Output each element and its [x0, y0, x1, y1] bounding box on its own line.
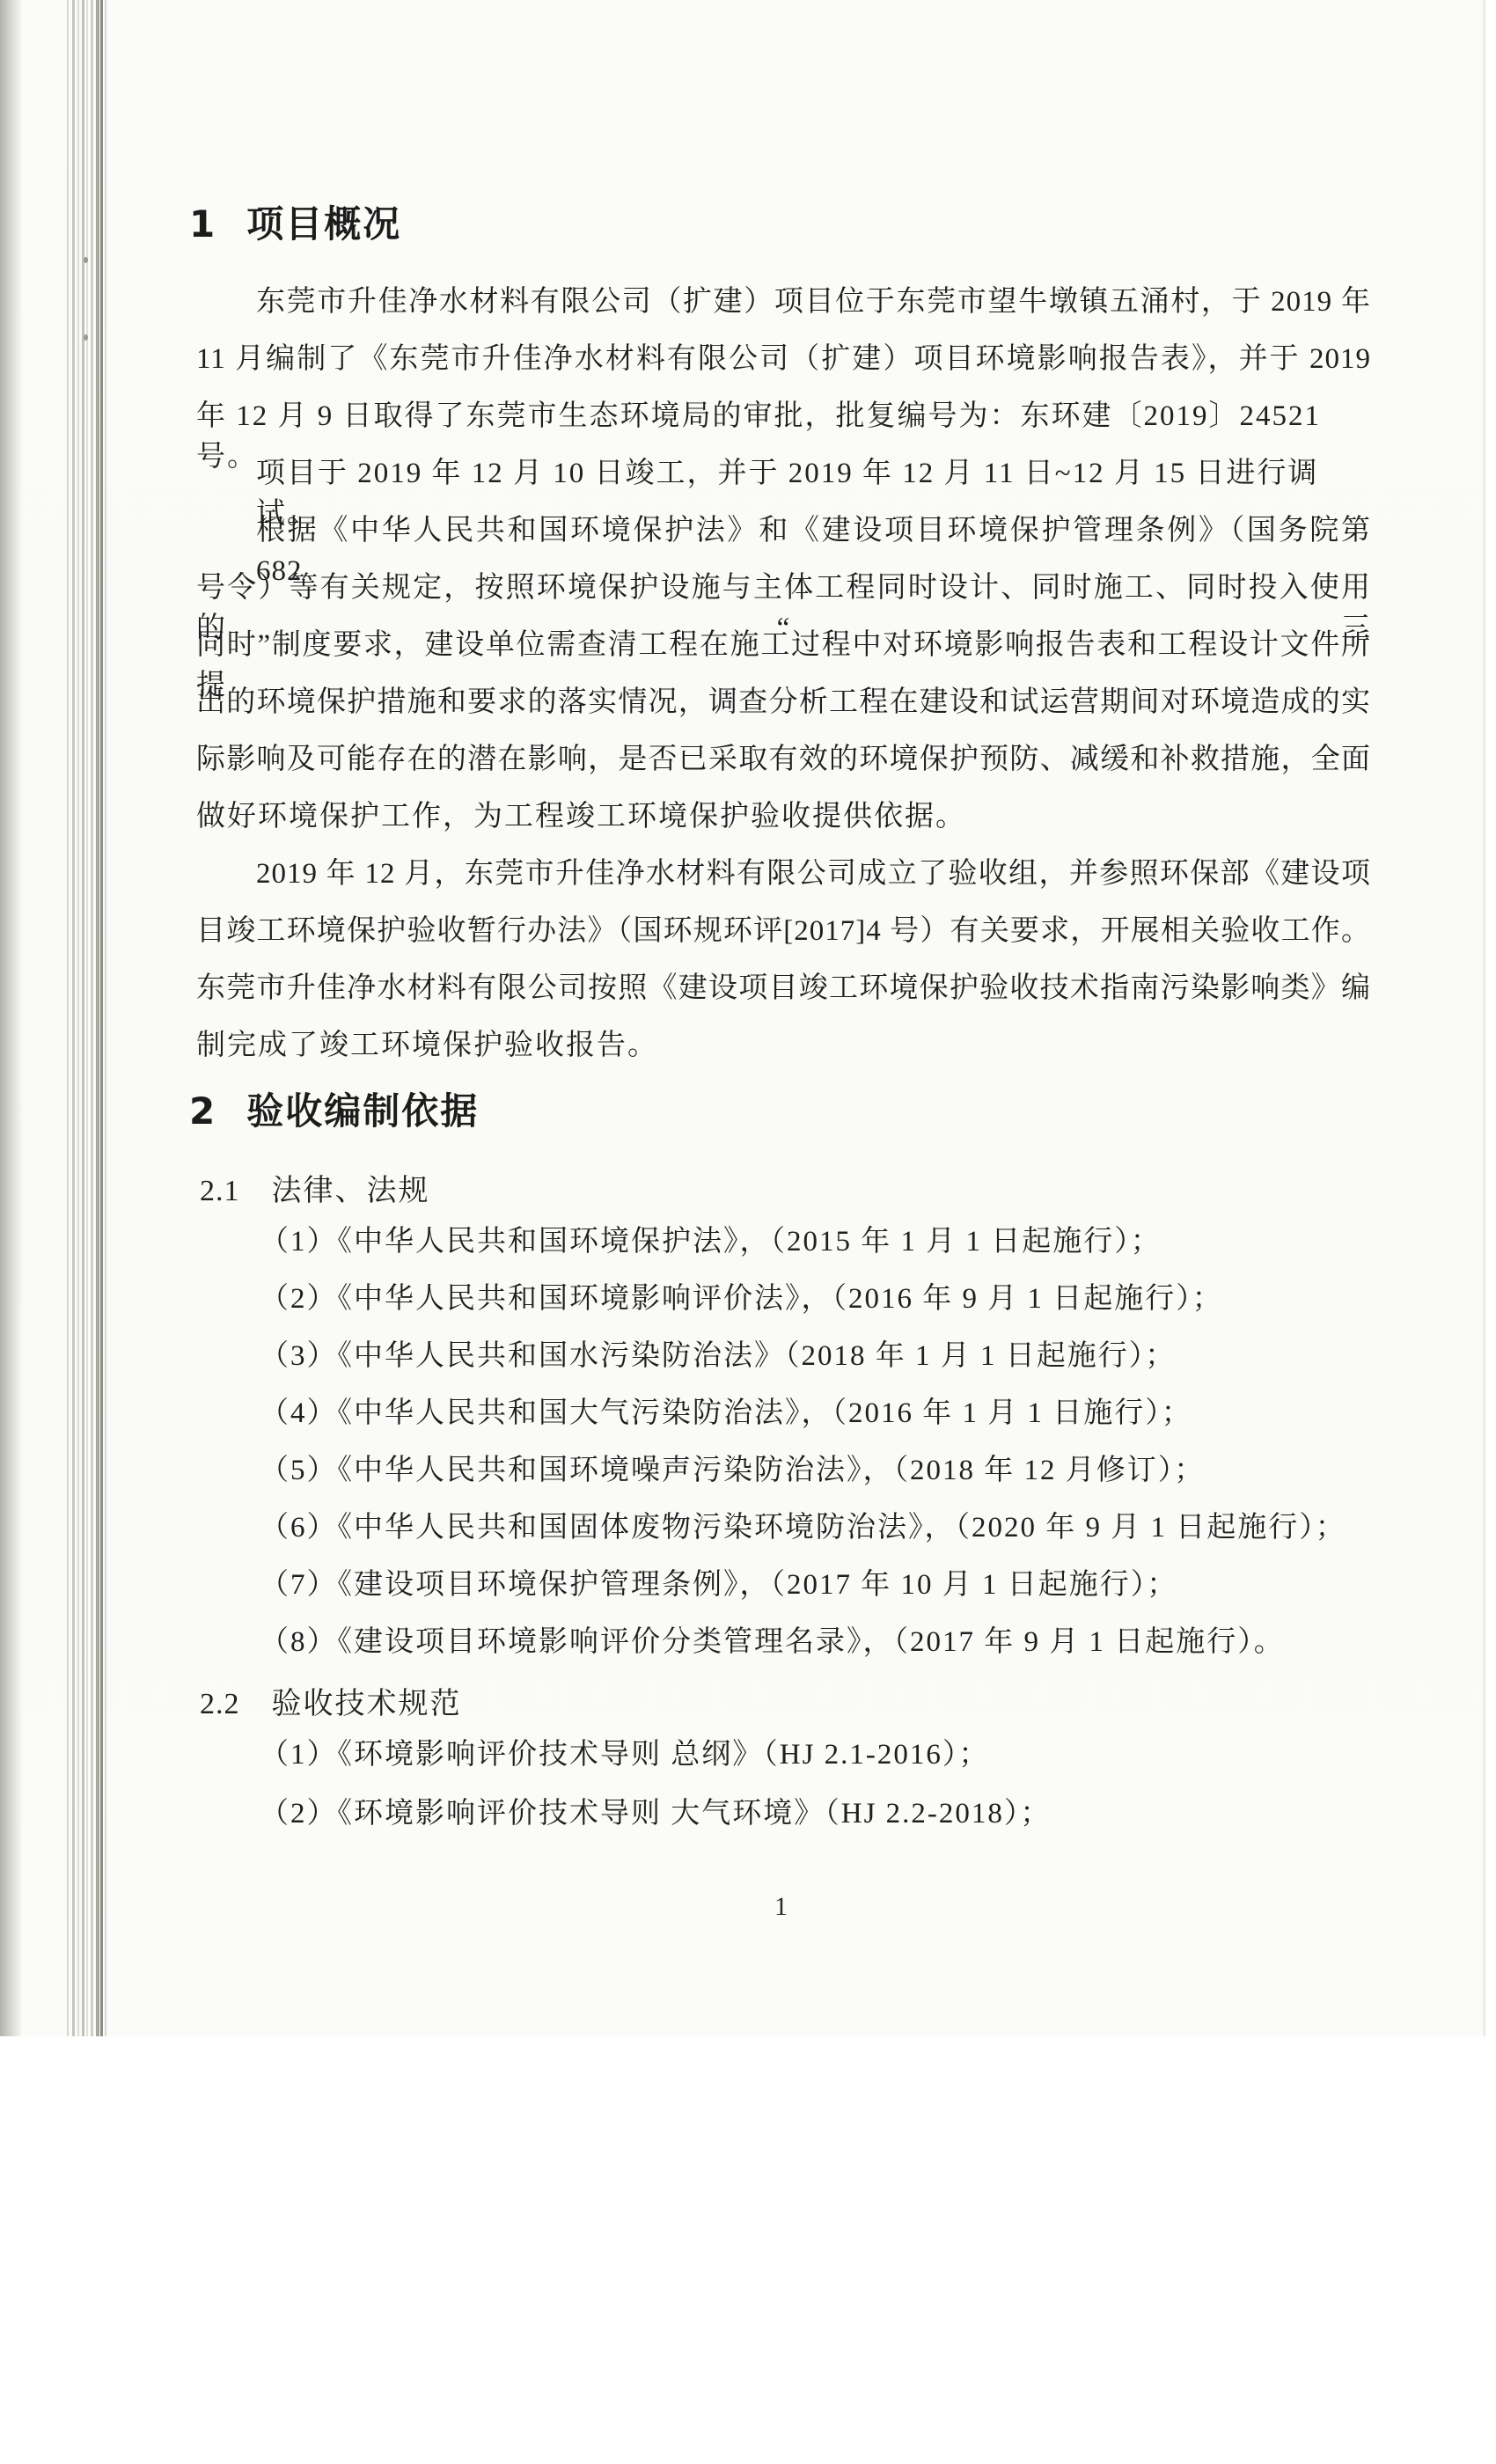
law-item-7: （7）《建设项目环境保护管理条例》，（2017 年 10 月 1 日起施行）； — [189, 1565, 1373, 1605]
paragraph-1-line-2: 11 月编制了《东莞市升佳净水材料有限公司（扩建）项目环境影响报告表》，并于 2… — [189, 339, 1373, 379]
binding-line — [67, 0, 69, 2036]
subsection-2-2-number: 2.2 — [200, 1688, 240, 1720]
binding-line — [86, 0, 88, 2036]
paragraph-4-line-4: 制完成了竣工环境保护验收报告。 — [189, 1025, 1373, 1066]
subsection-2-1-title: 法律、法规 — [272, 1175, 430, 1207]
paragraph-3-line-4: 出的环境保护措施和要求的落实情况，调查分析工程在建设和试运营期间对环境造成的实 — [189, 682, 1373, 722]
scan-speck — [84, 334, 88, 341]
section-2-number: 2 — [189, 1089, 216, 1133]
binding-line — [77, 0, 79, 2036]
document-content: 1项目概况 东莞市升佳净水材料有限公司（扩建）项目位于东莞市望牛墩镇五涌村，于 … — [189, 0, 1373, 2036]
subsection-2-1-number: 2.1 — [200, 1175, 240, 1207]
binding-line — [91, 0, 93, 2036]
page-number: 1 — [189, 1892, 1373, 1922]
subsection-2-1-heading: 2.1法律、法规 — [200, 1166, 430, 1209]
law-item-3: （3）《中华人民共和国水污染防治法》（2018 年 1 月 1 日起施行）； — [189, 1336, 1373, 1376]
paper-right-edge — [1482, 0, 1485, 2036]
binding-line — [100, 0, 103, 2036]
paragraph-3-line-6: 做好环境保护工作，为工程竣工环境保护验收提供依据。 — [189, 796, 1373, 837]
law-item-4: （4）《中华人民共和国大气污染防治法》，（2016 年 1 月 1 日施行）； — [189, 1393, 1373, 1434]
section-2-title: 验收编制依据 — [246, 1089, 479, 1133]
paragraph-4-line-1: 2019 年 12 月，东莞市升佳净水材料有限公司成立了验收组，并参照环保部《建… — [189, 854, 1373, 894]
binding-line — [96, 0, 99, 2036]
scan-speck — [84, 257, 88, 263]
paragraph-4-line-2: 目竣工环境保护验收暂行办法》（国环规环评[2017]4 号）有关要求，开展相关验… — [189, 911, 1373, 951]
section-1-title: 项目概况 — [246, 202, 401, 246]
scanned-report-page: { "colors": { "paper": "#fbfbf9", "ink":… — [0, 0, 1496, 2464]
section-1-heading: 1项目概况 — [189, 195, 401, 248]
law-item-1: （1）《中华人民共和国环境保护法》，（2015 年 1 月 1 日起施行）； — [189, 1221, 1373, 1262]
subsection-2-2-heading: 2.2验收技术规范 — [200, 1679, 462, 1722]
subsection-2-2-title: 验收技术规范 — [272, 1688, 462, 1720]
law-item-2: （2）《中华人民共和国环境影响评价法》，（2016 年 9 月 1 日起施行）； — [189, 1279, 1373, 1319]
binding-line — [72, 0, 75, 2036]
law-item-6: （6）《中华人民共和国固体废物污染环境防治法》，（2020 年 9 月 1 日起… — [189, 1507, 1373, 1548]
paragraph-1-line-1: 东莞市升佳净水材料有限公司（扩建）项目位于东莞市望牛墩镇五涌村，于 2019 年 — [189, 282, 1373, 322]
paragraph-3-line-5: 际影响及可能存在的潜在影响，是否已采取有效的环境保护预防、减缓和补救措施，全面 — [189, 739, 1373, 780]
law-item-5: （5）《中华人民共和国环境噪声污染防治法》，（2018 年 12 月修订）； — [189, 1450, 1373, 1491]
scanned-paper: 1项目概况 东莞市升佳净水材料有限公司（扩建）项目位于东莞市望牛墩镇五涌村，于 … — [0, 0, 1485, 2036]
binding-line — [105, 0, 106, 2036]
tech-spec-item-2: （2）《环境影响评价技术导则 大气环境》（HJ 2.2-2018）； — [189, 1793, 1373, 1834]
binding-line — [82, 0, 84, 2036]
binding-edge-shadow — [0, 0, 23, 2036]
tech-spec-item-1: （1）《环境影响评价技术导则 总纲》（HJ 2.1-2016）； — [189, 1734, 1373, 1775]
section-1-number: 1 — [189, 202, 216, 246]
law-item-8: （8）《建设项目环境影响评价分类管理名录》，（2017 年 9 月 1 日起施行… — [189, 1622, 1373, 1662]
paragraph-4-line-3: 东莞市升佳净水材料有限公司按照《建设项目竣工环境保护验收技术指南污染影响类》编 — [189, 968, 1373, 1008]
section-2-heading: 2验收编制依据 — [189, 1082, 479, 1135]
